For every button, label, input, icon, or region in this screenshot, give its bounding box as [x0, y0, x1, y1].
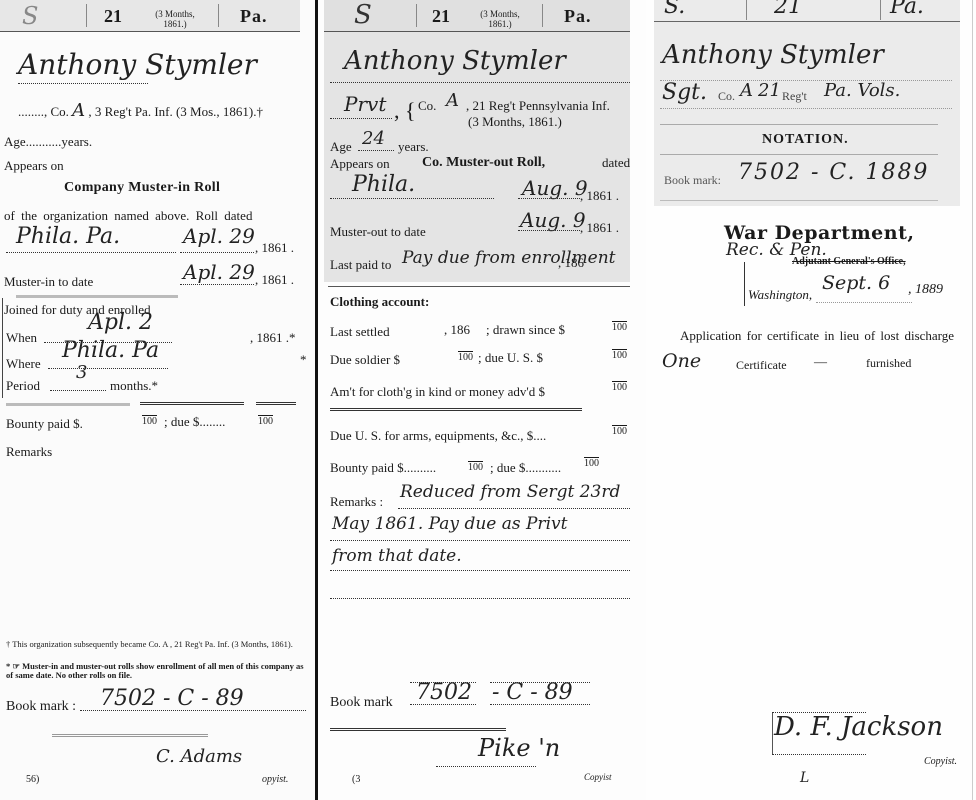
clothing-amount-cents: 100 — [612, 382, 627, 393]
company-letter: A — [72, 100, 85, 121]
header-state: Pa. — [564, 6, 592, 27]
due-us-label: ; due U. S. $ — [478, 350, 543, 366]
bounty-due-cents: 100 — [258, 416, 273, 427]
copyist-label: Copyist — [584, 772, 612, 782]
header-regiment-number: 21 — [104, 6, 122, 27]
card-header: S 21 (3 Months, 1861.) Pa. — [324, 0, 630, 32]
muster-in-date: Apl. 29 — [183, 260, 255, 284]
card-header: S. 21 Pa. — [654, 0, 960, 22]
muster-in-year: , 1861 . — [255, 272, 294, 288]
drawn-cents: 100 — [612, 322, 627, 333]
regiment-line1: , 21 Reg't Pennsylvania Inf. — [466, 98, 610, 114]
muster-out-date: Aug. 9 — [520, 208, 586, 232]
company-letter: A — [446, 90, 459, 111]
soldier-name: Anthony Stymler — [662, 40, 884, 70]
roll-title: Co. Muster-out Roll, — [422, 155, 545, 171]
copyist-label: opyist. — [262, 774, 288, 785]
form-number: (3 — [352, 774, 360, 785]
clothing-amount-label: Am't for cloth'g in kind or money adv'd … — [330, 384, 545, 400]
header-initial: S — [354, 0, 372, 30]
age-line: Age...........years. — [4, 134, 92, 150]
regiment-line2: (3 Months, 1861.) — [468, 114, 562, 130]
application-text: Application for certificate in lieu of l… — [680, 328, 954, 344]
roll-date: Apl. 29 — [183, 224, 255, 248]
due-soldier-cents: 100 — [458, 352, 473, 363]
when-value: Apl. 2 — [88, 310, 153, 335]
signature: C. Adams — [156, 746, 242, 767]
rank: Prvt — [344, 92, 386, 116]
due-us-cents: 100 — [612, 350, 627, 361]
rank: Sgt. — [662, 80, 707, 105]
footnote-organization: † This organization subsequently became … — [6, 640, 306, 649]
roll-place: Phila. Pa. — [16, 224, 120, 249]
company-letter: A — [740, 80, 753, 101]
signature: Pike 'n — [478, 734, 560, 762]
org-line: of the organization named above. Roll da… — [4, 208, 252, 224]
header-service-term: (3 Months, 1861.) — [470, 9, 530, 29]
due-soldier-label: Due soldier $ — [330, 352, 400, 368]
header-service-term: (3 Months, 1861.) — [145, 9, 205, 29]
period-suffix: months.* — [110, 378, 158, 394]
form-number: 56) — [26, 774, 39, 785]
furnished-label: furnished — [866, 356, 911, 371]
last-paid-label: Last paid to — [330, 257, 391, 273]
remarks-line-2: May 1861. Pay due as Privt — [332, 514, 567, 534]
brace: , { — [394, 96, 416, 126]
company-prefix: Co. — [718, 89, 735, 104]
card-header: S 21 (3 Months, 1861.) Pa. — [0, 0, 300, 32]
where-star: * — [300, 352, 307, 368]
header-initial: S. — [664, 0, 685, 19]
header-initial: S — [22, 2, 38, 30]
period-label: Period — [6, 378, 40, 394]
roll-title: Company Muster-in Roll — [64, 180, 220, 196]
bounty-cents: 100 — [468, 462, 483, 473]
clothing-label: Clothing account: — [330, 294, 429, 310]
bounty-due-cents: 100 — [584, 458, 599, 469]
remarks-line-1: Reduced from Sergt 23rd — [400, 482, 620, 502]
muster-out-year: , 1861 . — [580, 220, 619, 236]
regiment-state: Pa. Vols. — [824, 80, 900, 101]
company-prefix: Co. — [418, 98, 436, 114]
drawn-since: ; drawn since $ — [486, 322, 565, 338]
remarks-line-3: from that date. — [332, 546, 462, 566]
age-suffix: years. — [398, 139, 429, 155]
remarks-label: Remarks : — [330, 494, 383, 510]
bounty-cents: 100 — [142, 416, 157, 427]
muster-out-card: S 21 (3 Months, 1861.) Pa. Anthony Styml… — [318, 0, 644, 800]
regiment-number: 21 — [758, 80, 781, 101]
period-value: 3 — [76, 362, 87, 383]
when-label: When — [6, 330, 37, 346]
bookmark-label: Book mark — [330, 695, 393, 711]
bookmark-label: Book mark : — [6, 699, 76, 715]
date: Sept. 6 — [822, 272, 890, 294]
when-year: , 1861 .* — [250, 330, 296, 346]
certificate-label: Certificate — [736, 358, 787, 373]
appears-on: Appears on — [4, 158, 64, 174]
age-line: Age — [330, 139, 352, 155]
notation-title: NOTATION. — [762, 132, 849, 148]
year: , 1889 — [908, 282, 943, 298]
header-regiment-number: 21 — [774, 0, 802, 19]
where-value: Phila. Pa — [62, 338, 159, 363]
certificate-dash: — — [814, 354, 827, 370]
header-state: Pa. — [240, 6, 268, 27]
bounty-label: Bounty paid $.......... — [330, 460, 436, 476]
arms-cents: 100 — [612, 426, 627, 437]
header-state: Pa. — [890, 0, 924, 19]
company-line: ........, Co. A , 3 Reg't Pa. Inf. (3 Mo… — [18, 100, 263, 121]
muster-in-label: Muster-in to date — [4, 274, 93, 290]
last-settled-label: Last settled — [330, 324, 390, 340]
certificate-count: One — [662, 350, 701, 372]
bookmark-part1: 7502 — [416, 680, 472, 705]
bounty-due: ; due $........ — [164, 414, 225, 430]
copyist-label: Copyist. — [924, 756, 957, 767]
right-edge — [972, 0, 973, 800]
place: Washington, — [748, 287, 812, 303]
bookmark-value: 7502 - C - 89 — [100, 686, 244, 711]
last-paid-year: , 186 — [558, 255, 584, 271]
due-us-arms-label: Due U. S. for arms, equipments, &c., $..… — [330, 428, 546, 444]
last-settled-year: , 186 — [444, 322, 470, 338]
bounty-due: ; due $........... — [490, 460, 561, 476]
roll-place: Phila. — [352, 172, 415, 197]
bookmark-label: Book mark: — [664, 173, 721, 188]
clerk-mark: L — [800, 770, 809, 786]
muster-in-card: S 21 (3 Months, 1861.) Pa. Anthony Styml… — [0, 0, 316, 800]
footnote-muster: * ☞ Muster-in and muster-out rolls show … — [6, 662, 310, 680]
header-regiment-number: 21 — [432, 6, 450, 27]
dated-label: dated — [602, 155, 630, 171]
muster-out-label: Muster-out to date — [330, 224, 426, 240]
age-value: 24 — [362, 128, 385, 149]
roll-year: , 1861 . — [580, 188, 619, 204]
roll-date: Aug. 9 — [522, 176, 588, 200]
remarks-label: Remarks — [6, 444, 52, 460]
bookmark-value: 7502 - C. 1889 — [738, 160, 929, 185]
roll-year: , 1861 . — [255, 240, 294, 256]
regiment-label: Reg't — [782, 89, 807, 104]
soldier-name: Anthony Stymler — [18, 48, 257, 81]
appears-on: Appears on — [330, 156, 390, 172]
where-label: Where — [6, 356, 41, 372]
office-struck: Adjutant General's Office, — [792, 256, 906, 267]
notation-card: S. 21 Pa. Anthony Stymler Sgt. Co. A 21 … — [646, 0, 976, 800]
bookmark-part2: - C - 89 — [492, 680, 573, 705]
signature: D. F. Jackson — [774, 712, 943, 742]
bounty-label: Bounty paid $. — [6, 416, 83, 432]
soldier-name: Anthony Stymler — [344, 46, 566, 76]
